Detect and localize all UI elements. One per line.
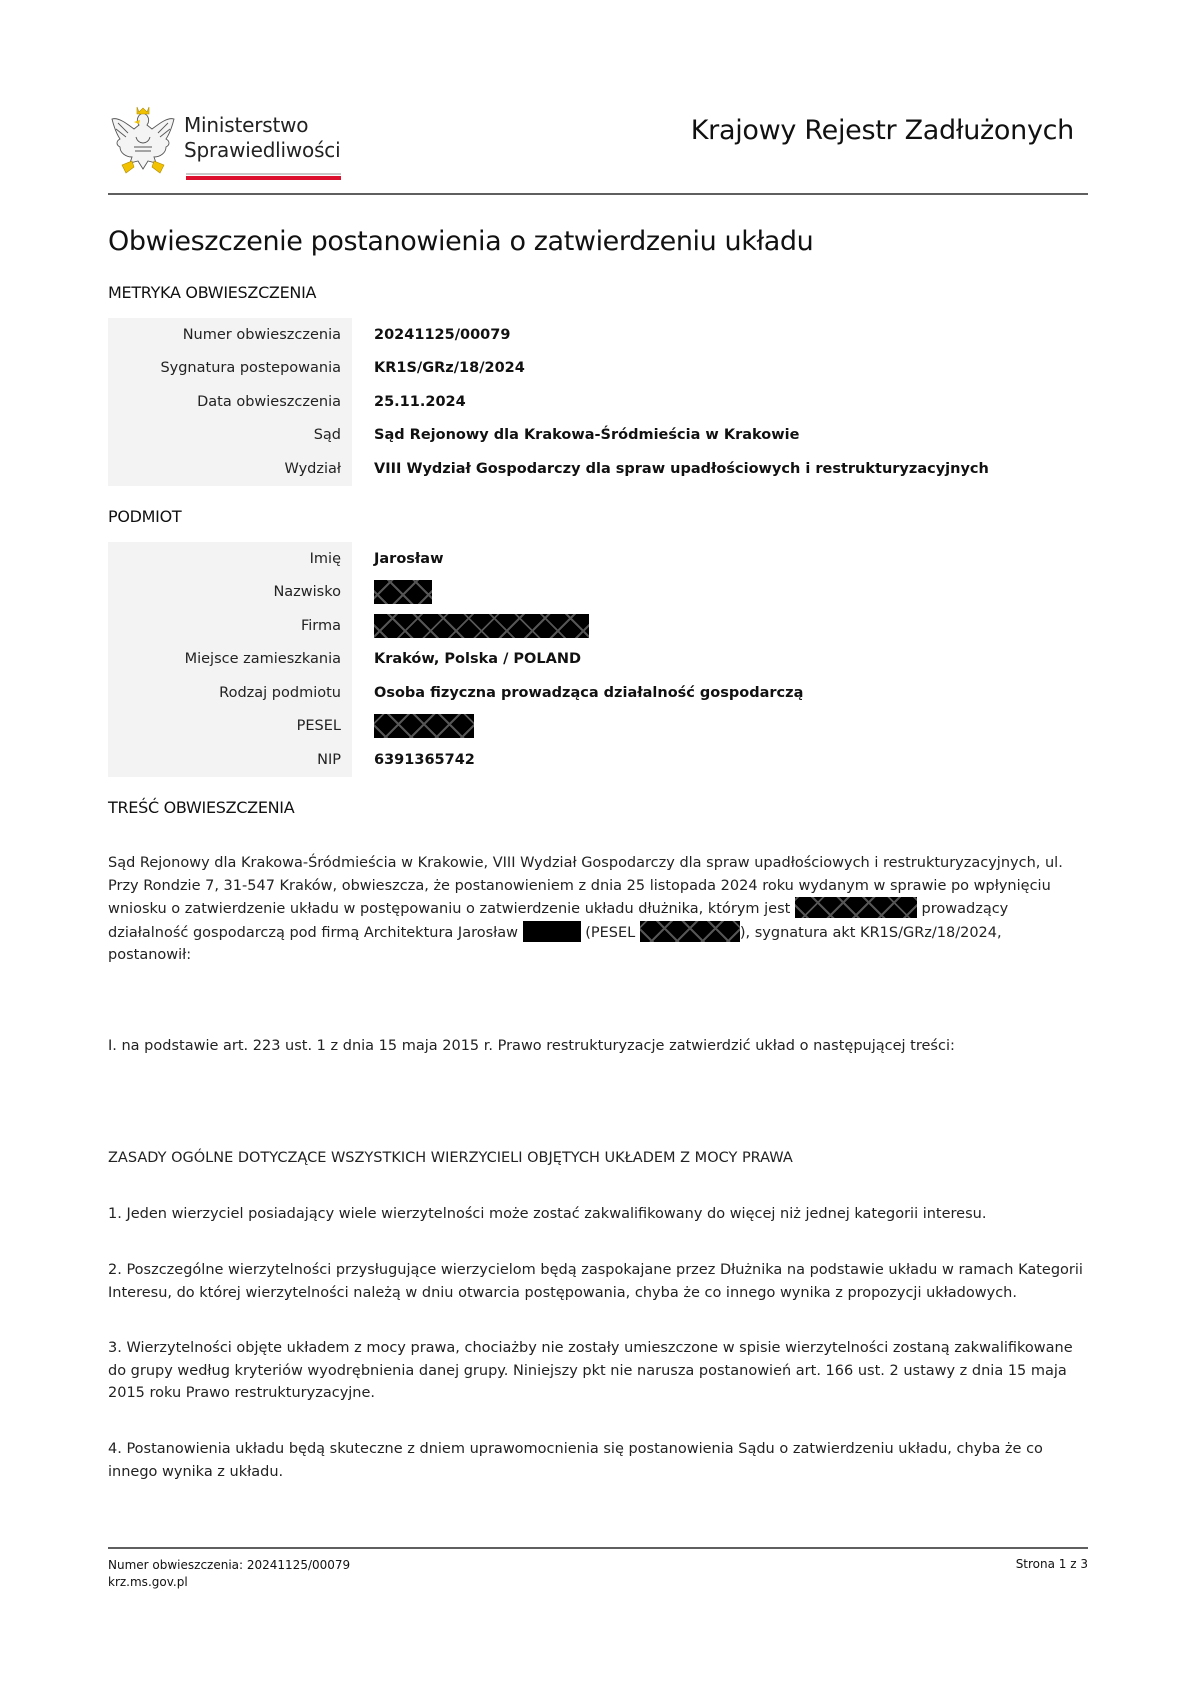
page-header: Ministerstwo Sprawiedliwości Krajowy Rej… <box>108 95 1088 185</box>
ministry-name: Ministerstwo Sprawiedliwości <box>184 113 340 163</box>
logo-red-stripe <box>186 176 341 180</box>
field-label: Numer obwieszczenia <box>108 318 352 352</box>
field-value: 6391365742 <box>352 743 803 777</box>
field-label: Rodzaj podmiotu <box>108 676 352 710</box>
field-label: Nazwisko <box>108 576 352 610</box>
table-row: ImięJarosław <box>108 542 803 576</box>
redacted-pesel-inline <box>640 921 740 942</box>
field-value: Sąd Rejonowy dla Krakowa-Śródmieścia w K… <box>352 419 989 453</box>
field-label: Data obwieszczenia <box>108 385 352 419</box>
table-row: SądSąd Rejonowy dla Krakowa-Śródmieścia … <box>108 419 989 453</box>
table-row: NIP6391365742 <box>108 743 803 777</box>
notice-intro-paragraph: Sąd Rejonowy dla Krakowa-Śródmieścia w K… <box>108 852 1083 967</box>
redacted-surname <box>374 580 432 604</box>
table-row: Firma <box>108 609 803 643</box>
section-heading-metryka: METRYKA OBWIESZCZENIA <box>108 283 316 302</box>
field-value: 25.11.2024 <box>352 385 989 419</box>
field-label: Firma <box>108 609 352 643</box>
field-value: Kraków, Polska / POLAND <box>352 643 803 677</box>
table-row: WydziałVIII Wydział Gospodarczy dla spra… <box>108 452 989 486</box>
footer-divider <box>108 1547 1088 1549</box>
logo-grey-stripe <box>186 173 341 175</box>
table-row: Nazwisko <box>108 576 803 610</box>
table-row: Data obwieszczenia25.11.2024 <box>108 385 989 419</box>
redacted-company <box>374 614 589 638</box>
field-value: Jarosław <box>352 542 803 576</box>
page-footer-info: Numer obwieszczenia: 20241125/00079 krz.… <box>108 1557 350 1591</box>
redacted-pesel <box>374 714 474 738</box>
table-row: PESEL <box>108 710 803 744</box>
field-label: Miejsce zamieszkania <box>108 643 352 677</box>
table-row: Sygnatura postepowaniaKR1S/GRz/18/2024 <box>108 352 989 386</box>
redacted-company-surname <box>523 921 581 942</box>
metryka-table: Numer obwieszczenia20241125/00079 Sygnat… <box>108 318 989 486</box>
rule-point-1: 1. Jeden wierzyciel posiadający wiele wi… <box>108 1203 1083 1226</box>
header-divider <box>108 193 1088 195</box>
polish-eagle-icon <box>110 103 176 179</box>
rule-point-3: 3. Wierzytelności objęte układem z mocy … <box>108 1337 1083 1405</box>
table-row: Miejsce zamieszkaniaKraków, Polska / POL… <box>108 643 803 677</box>
section-heading-tresc: TREŚĆ OBWIESZCZENIA <box>108 798 294 817</box>
field-label: NIP <box>108 743 352 777</box>
general-rules-heading: ZASADY OGÓLNE DOTYCZĄCE WSZYSTKICH WIERZ… <box>108 1147 1083 1170</box>
field-value: Osoba fizyczna prowadząca działalność go… <box>352 676 803 710</box>
field-label: PESEL <box>108 710 352 744</box>
redacted-debtor-name <box>795 897 917 918</box>
podmiot-table: ImięJarosław Nazwisko Firma Miejsce zami… <box>108 542 803 777</box>
table-row: Numer obwieszczenia20241125/00079 <box>108 318 989 352</box>
field-value: 20241125/00079 <box>352 318 989 352</box>
field-value: KR1S/GRz/18/2024 <box>352 352 989 386</box>
field-label: Sąd <box>108 419 352 453</box>
field-label: Imię <box>108 542 352 576</box>
section-heading-podmiot: PODMIOT <box>108 507 181 526</box>
point-I-paragraph: I. na podstawie art. 223 ust. 1 z dnia 1… <box>108 1035 1083 1058</box>
footer-notice-number: Numer obwieszczenia: 20241125/00079 <box>108 1557 350 1574</box>
field-label: Sygnatura postepowania <box>108 352 352 386</box>
field-value: VIII Wydział Gospodarczy dla spraw upadł… <box>352 452 989 486</box>
field-label: Wydział <box>108 452 352 486</box>
rule-point-4: 4. Postanowienia układu będą skuteczne z… <box>108 1438 1083 1483</box>
rule-point-2: 2. Poszczególne wierzytelności przysługu… <box>108 1259 1083 1304</box>
table-row: Rodzaj podmiotuOsoba fizyczna prowadząca… <box>108 676 803 710</box>
document-title: Obwieszczenie postanowienia o zatwierdze… <box>108 226 813 257</box>
page-number: Strona 1 z 3 <box>1016 1557 1088 1571</box>
registry-title: Krajowy Rejestr Zadłużonych <box>691 115 1074 146</box>
footer-site: krz.ms.gov.pl <box>108 1574 350 1591</box>
ministry-logo: Ministerstwo Sprawiedliwości <box>110 103 350 183</box>
